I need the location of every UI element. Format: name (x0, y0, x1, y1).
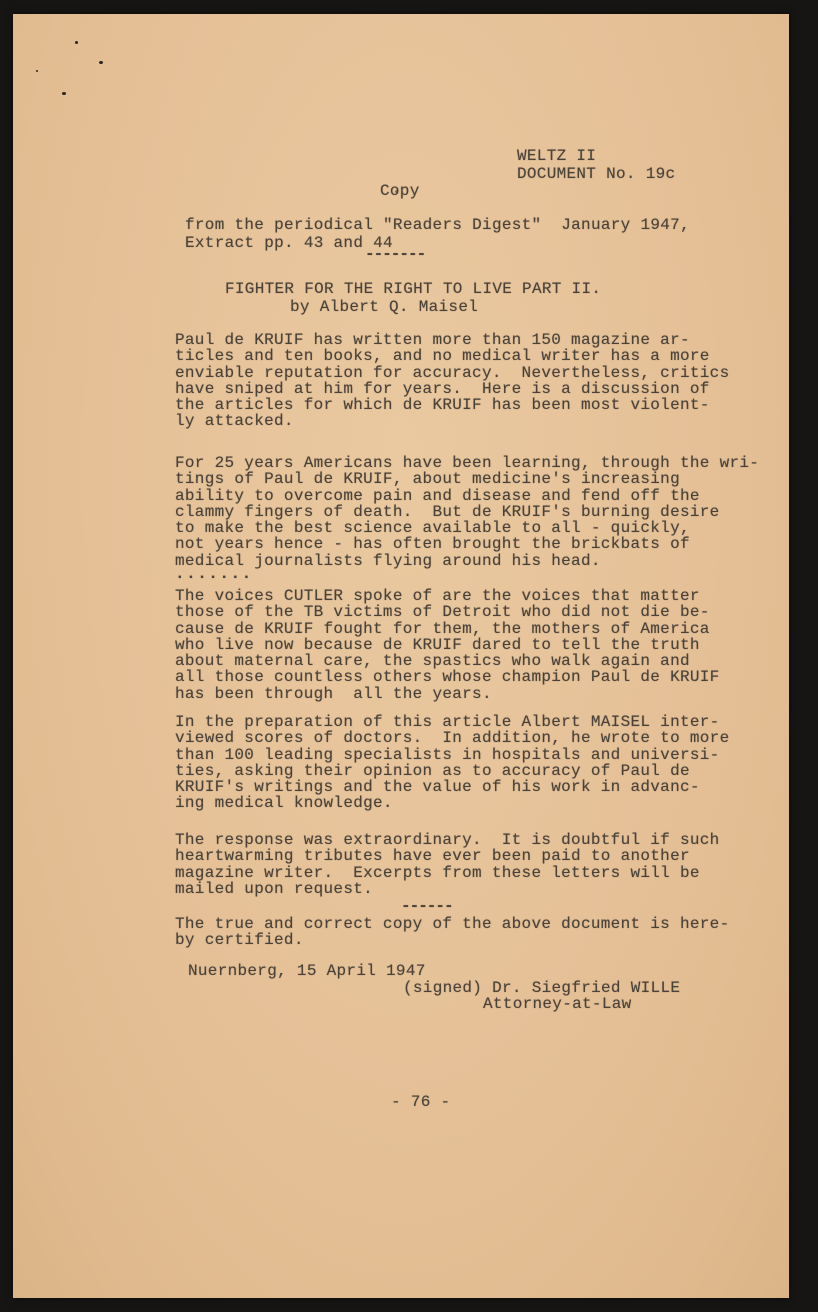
certification-statement: The true and correct copy of the above d… (175, 916, 730, 949)
signer-title: Attorney-at-Law (483, 996, 632, 1012)
document-id-block: WELTZ II DOCUMENT No. 19c (517, 148, 675, 183)
article-byline: by Albert Q. Maisel (290, 299, 478, 315)
document-number: DOCUMENT No. 19c (517, 165, 675, 183)
divider-dashes: ------ (401, 898, 453, 914)
place-and-date: Nuernberg, 15 April 1947 (188, 963, 426, 979)
paper-speck (75, 41, 78, 44)
divider-dashes: ------- (365, 246, 425, 262)
paper-speck (99, 61, 103, 64)
paragraph-1: Paul de KRUIF has written more than 150 … (175, 332, 730, 430)
scan-background: WELTZ II DOCUMENT No. 19c Copy from the … (0, 0, 818, 1312)
paragraph-2: For 25 years Americans have been learnin… (175, 455, 759, 569)
ellipsis-line: ....... (175, 566, 253, 582)
paper-speck (36, 70, 38, 72)
copy-label: Copy (380, 183, 420, 199)
paragraph-5: The response was extraordinary. It is do… (175, 832, 720, 897)
page-number: - 76 - (391, 1094, 450, 1110)
source-reference: from the periodical "Readers Digest" Jan… (185, 216, 690, 252)
case-label: WELTZ II (517, 147, 596, 165)
paper-speck (62, 92, 66, 95)
article-title: FIGHTER FOR THE RIGHT TO LIVE PART II. (225, 281, 601, 297)
paragraph-3: The voices CUTLER spoke of are the voice… (175, 588, 720, 702)
signature-line: (signed) Dr. Siegfried WILLE (403, 980, 680, 996)
document-page: WELTZ II DOCUMENT No. 19c Copy from the … (13, 14, 789, 1298)
paragraph-4: In the preparation of this article Alber… (175, 714, 730, 812)
